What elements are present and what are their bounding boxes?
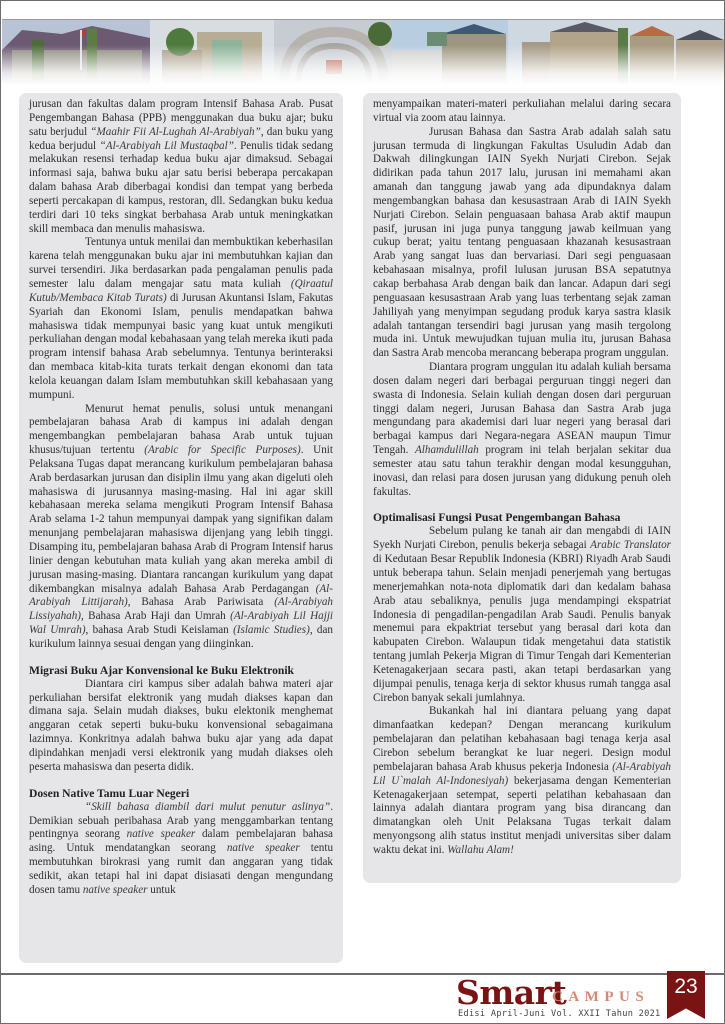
article-paragraph: Diantara program unggulan itu adalah kul… — [373, 361, 671, 499]
italic-phrase: Arabic Translator — [590, 539, 671, 551]
article-column-left: jurusan dan fakultas dalam program Inten… — [19, 93, 343, 963]
edition-info: Edisi April-Juni Vol. XXII Tahun 2021 — [458, 1009, 661, 1019]
smart-campus-logo: Smart CAMPUS Edisi April-Juni Vol. XXII … — [456, 975, 666, 1021]
section-heading: Optimalisasi Fungsi Pusat Pengembangan B… — [373, 511, 671, 525]
section-heading: Migrasi Buku Ajar Konvensional ke Buku E… — [29, 664, 333, 678]
article-column-right: menyampaikan materi-materi perkuliahan m… — [363, 93, 681, 883]
text-run: menyampaikan materi-materi perkuliahan m… — [373, 98, 671, 124]
section-heading: Dosen Native Tamu Luar Negeri — [29, 787, 333, 801]
italic-phrase: (Islamic Studies) — [233, 624, 310, 636]
text-run: . Penulis tidak sedang melakukan resensi… — [29, 140, 333, 235]
article-paragraph: Bukankah hal ini diantara peluang yang d… — [373, 705, 671, 857]
article-paragraph: “Skill bahasa diambil dari mulut penutur… — [29, 801, 333, 898]
italic-phrase: “Skill bahasa diambil dari mulut penutur… — [85, 801, 330, 813]
italic-phrase: native speaker — [227, 842, 300, 854]
text-run: Tentunya untuk menilai dan membuktikan k… — [29, 236, 333, 290]
header-photo-banner — [2, 19, 724, 85]
italic-phrase: “Al-Arabiyah Lil Mustaqbal” — [100, 140, 234, 152]
article-paragraph: Jurusan Bahasa dan Sastra Arab adalah sa… — [373, 126, 671, 361]
italic-phrase: “Maahir Fii Al-Lughah Al-Arabiyah” — [90, 126, 261, 138]
italic-phrase: Alhamdulillah — [415, 444, 479, 456]
article-paragraph: Tentunya untuk menilai dan membuktikan k… — [29, 236, 333, 402]
italic-phrase: native speaker — [83, 884, 148, 896]
text-run: Diantara program unggulan itu adalah kul… — [373, 361, 671, 456]
text-run: , bahasa Arab Studi Keislaman — [86, 624, 234, 636]
magazine-page: jurusan dan fakultas dalam program Inten… — [0, 0, 725, 1024]
article-paragraph: jurusan dan fakultas dalam program Inten… — [29, 98, 333, 236]
page-number: 23 — [667, 975, 705, 999]
italic-phrase: native speaker — [127, 828, 196, 840]
italic-phrase: (Arabic for Specific Purposes) — [144, 444, 300, 456]
logo-smart-text: Smart — [456, 975, 566, 1011]
text-run: . Unit Pelaksana Tugas dapat merancang k… — [29, 444, 333, 594]
article-paragraph: Sebelum pulang ke tanah air dan mengabdi… — [373, 525, 671, 705]
logo-campus-text: CAMPUS — [552, 989, 649, 1006]
banner-fade-overlay — [2, 45, 724, 85]
article-paragraph: Menurut hemat penulis, solusi untuk mena… — [29, 403, 333, 652]
text-run: , Bahasa Arab Haji dan Umrah — [81, 610, 230, 622]
article-paragraph: menyampaikan materi-materi perkuliahan m… — [373, 98, 671, 126]
italic-phrase: Wallahu Alam! — [447, 844, 514, 856]
page-number-bookmark-icon: 23 — [667, 971, 705, 1019]
text-run: untuk — [148, 884, 176, 896]
text-run: di Jurusan Akuntansi Islam, Fakutas Syar… — [29, 292, 333, 401]
text-run: Jurusan Bahasa dan Sastra Arab adalah sa… — [373, 126, 671, 360]
text-run: , Bahasa Arab Pariwisata — [128, 596, 274, 608]
text-run: Diantara ciri kampus siber adalah bahwa … — [29, 678, 333, 773]
article-paragraph: Diantara ciri kampus siber adalah bahwa … — [29, 678, 333, 775]
text-run: di Kedutaan Besar Republik Indonesia (KB… — [373, 553, 671, 703]
